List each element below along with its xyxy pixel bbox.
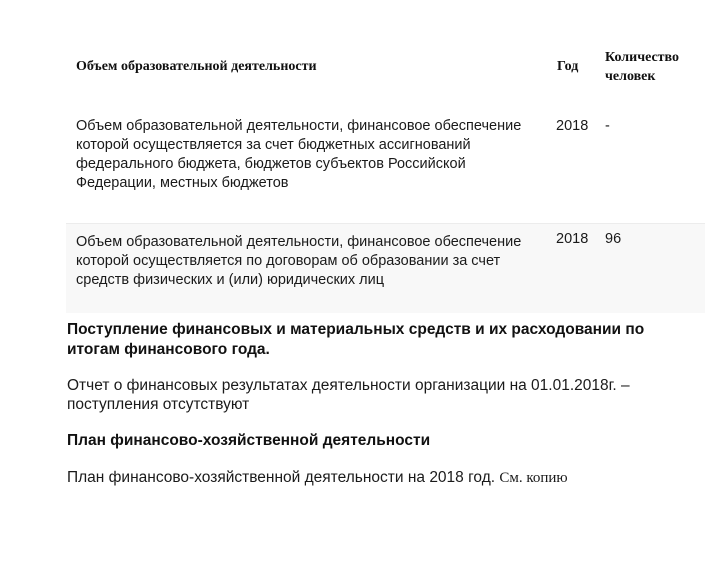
section-heading-financial-receipts: Поступление финансовых и материальных ср… [67, 320, 697, 360]
table-row: Объем образовательной деятельности, фина… [66, 223, 705, 313]
row-year: 2018 [556, 117, 588, 136]
header-count: Количество человек [605, 48, 679, 86]
education-volume-table: Объем образовательной деятельности Год К… [66, 40, 705, 313]
row-count: 96 [605, 230, 621, 249]
header-count-line1: Количество [605, 50, 679, 65]
row-count: - [605, 117, 610, 136]
section-heading-financial-plan: План финансово-хозяйственной деятельност… [67, 431, 697, 451]
see-copy-link[interactable]: См. копию [499, 470, 567, 486]
table-row: Объем образовательной деятельности, фина… [66, 111, 705, 223]
row-year: 2018 [556, 230, 588, 249]
section-heading-financial-plan-text: План финансово-хозяйственной деятельност… [67, 432, 430, 449]
header-year: Год [557, 59, 578, 75]
row-description: Объем образовательной деятельности, фина… [76, 233, 546, 290]
row-description: Объем образовательной деятельности, фина… [76, 117, 546, 193]
section-text-financial-plan: План финансово-хозяйственной деятельност… [67, 468, 697, 488]
financial-plan-text: План финансово-хозяйственной деятельност… [67, 469, 495, 486]
header-activity: Объем образовательной деятельности [76, 59, 317, 75]
section-text-financial-report: Отчет о финансовых результатах деятельно… [67, 376, 697, 414]
header-count-line2: человек [605, 69, 655, 84]
table-header: Объем образовательной деятельности Год К… [66, 40, 705, 100]
